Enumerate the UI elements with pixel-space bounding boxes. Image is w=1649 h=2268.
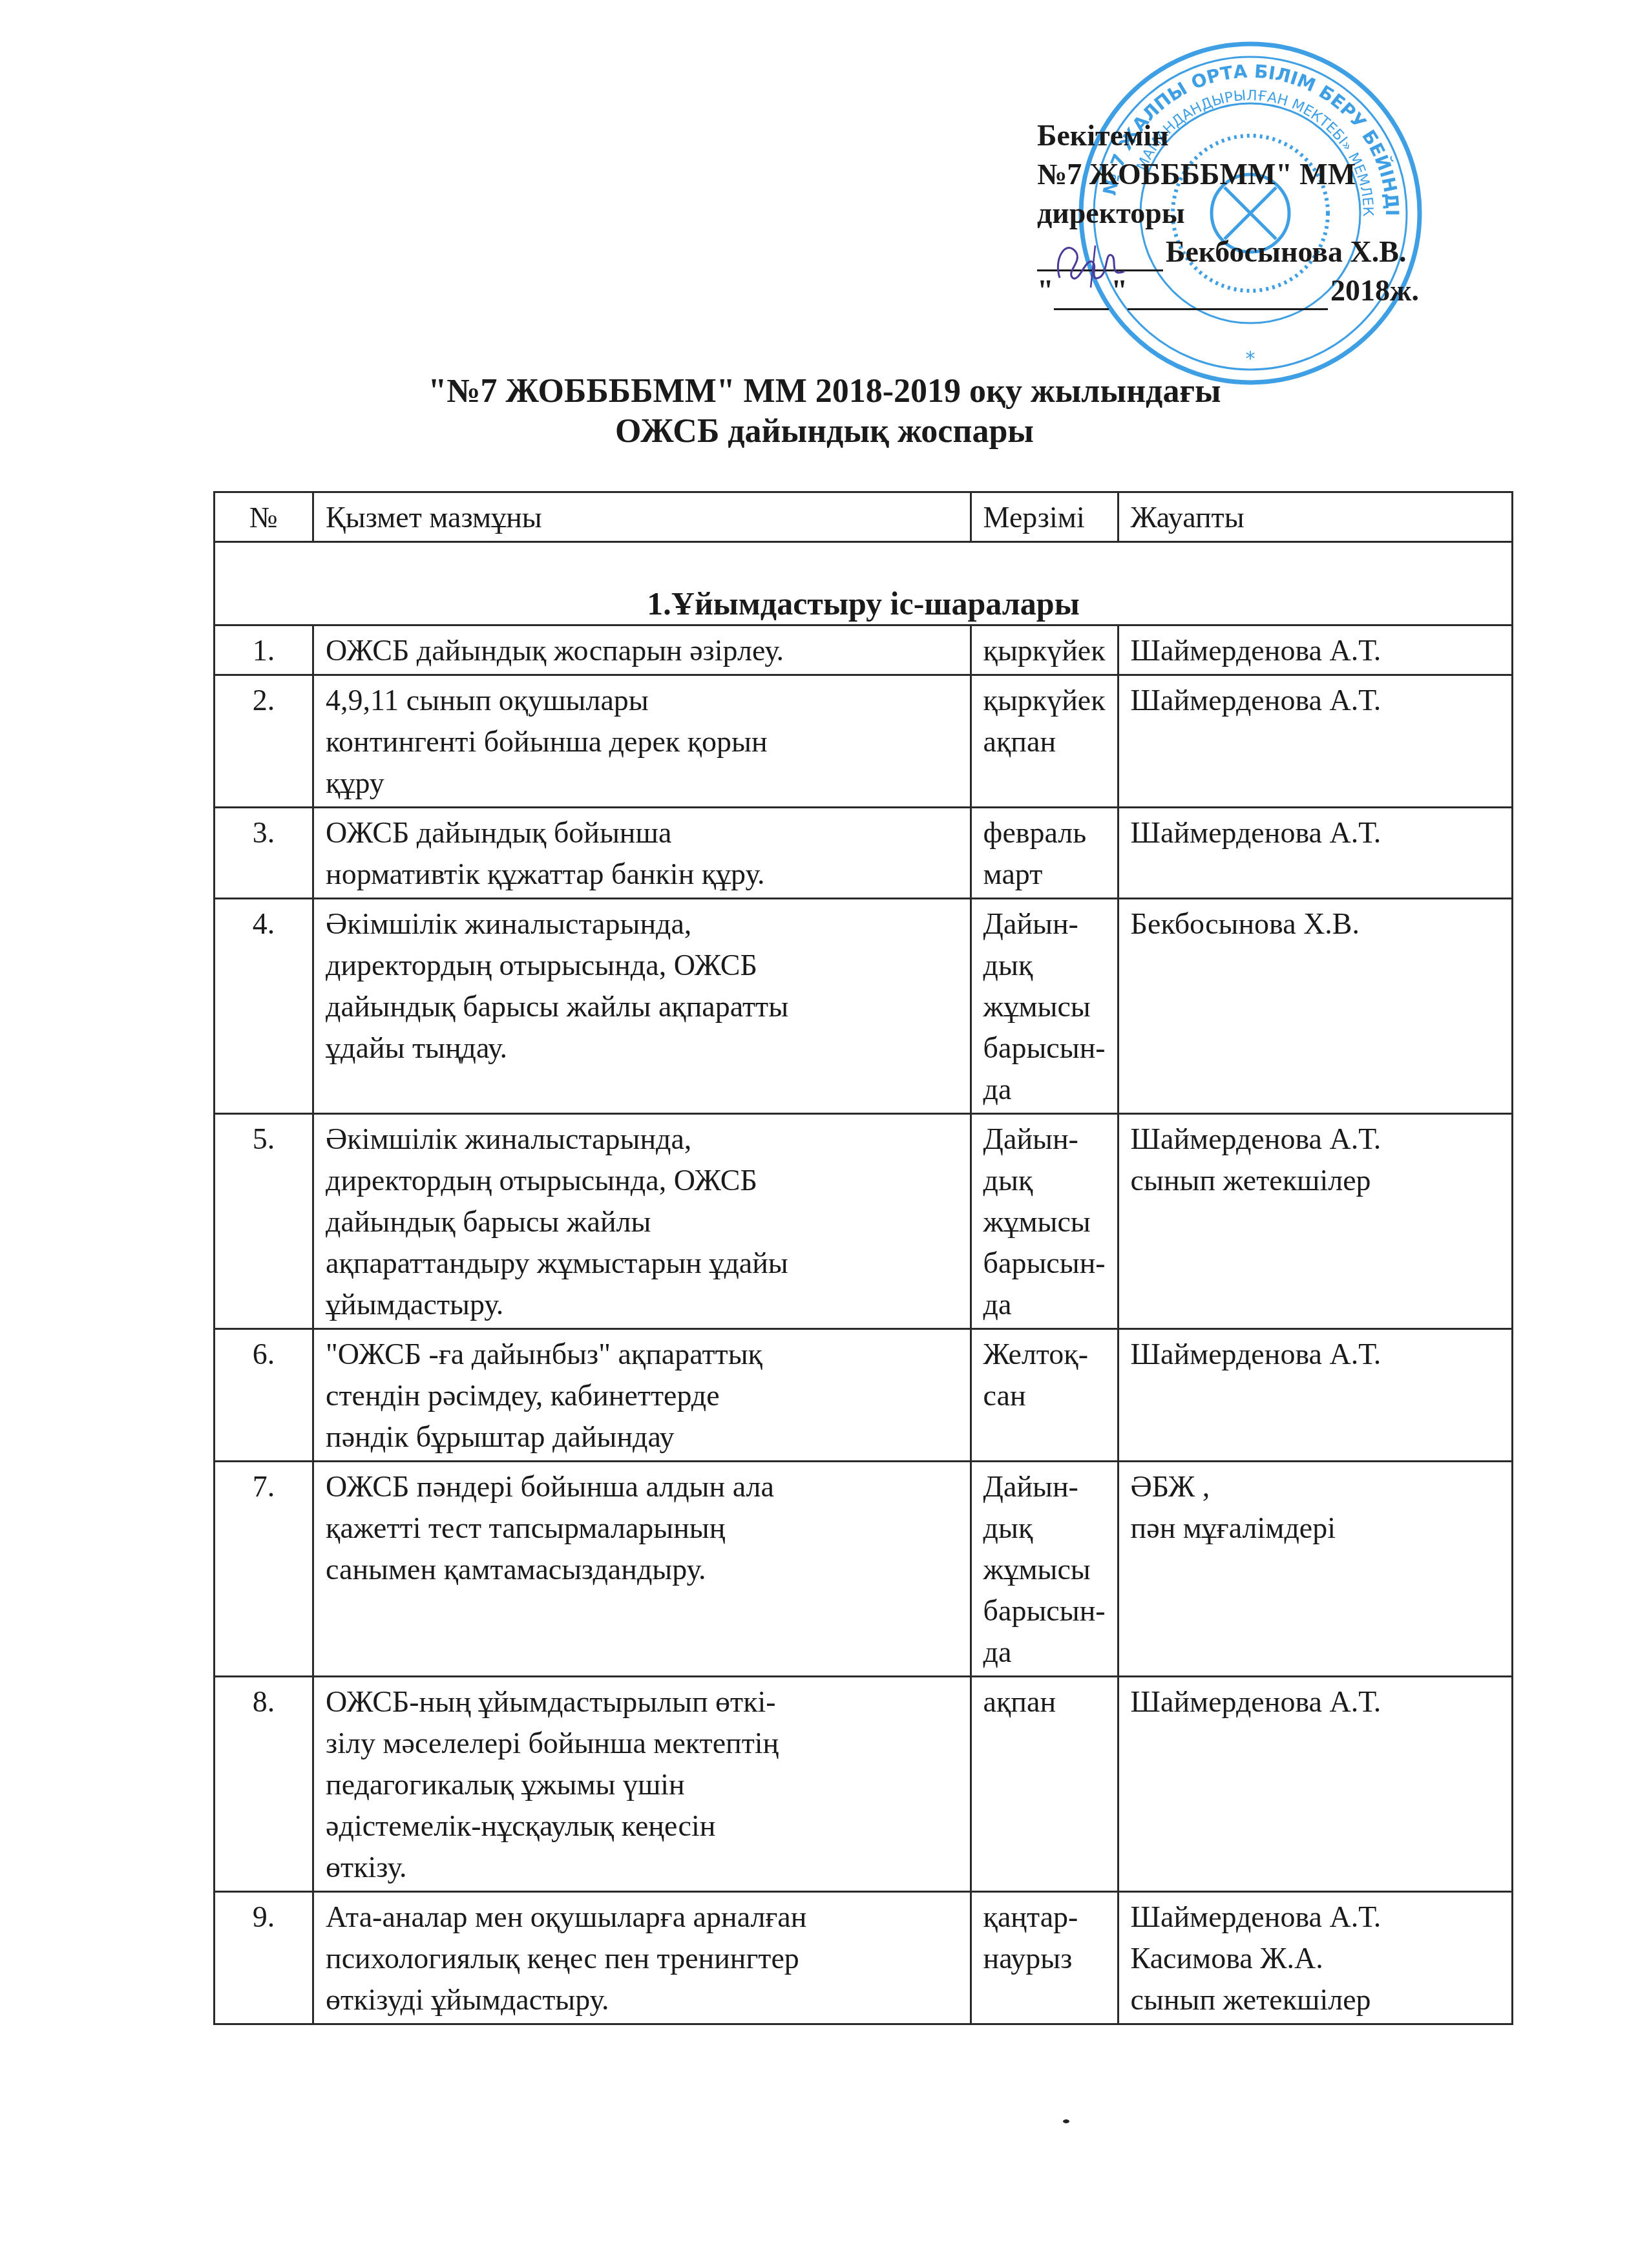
- row-term: ақпан: [971, 1677, 1118, 1892]
- document-title: "№7 ЖОББББММ" ММ 2018-2019 оқу жылындағы…: [0, 372, 1649, 452]
- row-term: Желтоқ-сан: [971, 1329, 1118, 1462]
- title-line-2: ОЖСБ дайындық жоспары: [0, 412, 1649, 452]
- table-row: 6."ОЖСБ -ға дайынбыз" ақпараттықстендін …: [215, 1329, 1513, 1462]
- table-row: 8.ОЖСБ-ның ұйымдастырылып өткі-зілу мәсе…: [215, 1677, 1513, 1892]
- row-number: 6.: [215, 1329, 313, 1462]
- month-blank: [1128, 278, 1328, 310]
- header-content: Қызмет мазмұны: [313, 492, 971, 542]
- row-number: 2.: [215, 675, 313, 808]
- row-term: Дайын-дықжұмысыбарысын-да: [971, 1462, 1118, 1677]
- row-content: ОЖСБ пәндері бойынша алдын алақажетті те…: [313, 1462, 971, 1677]
- row-term: қыркүйекақпан: [971, 675, 1118, 808]
- table-row: 7.ОЖСБ пәндері бойынша алдын алақажетті …: [215, 1462, 1513, 1677]
- row-number: 9.: [215, 1892, 313, 2024]
- row-content: Әкімшілік жиналыстарында,директордың оты…: [313, 1114, 971, 1329]
- row-number: 1.: [215, 625, 313, 675]
- approval-line: директоры: [1037, 194, 1419, 233]
- row-number: 4.: [215, 899, 313, 1114]
- row-number: 8.: [215, 1677, 313, 1892]
- row-term: февральмарт: [971, 808, 1118, 899]
- row-term: Дайын-дықжұмысыбарысын-да: [971, 899, 1118, 1114]
- row-number: 5.: [215, 1114, 313, 1329]
- section-row: 1.Ұйымдастыру іс-шаралары: [215, 542, 1513, 625]
- row-term: қыркүйек: [971, 625, 1118, 675]
- row-responsible: Шаймерденова А.Т.: [1118, 1329, 1512, 1462]
- row-content: ОЖСБ дайындық бойыншанормативтік құжатта…: [313, 808, 971, 899]
- header-responsible: Жауапты: [1118, 492, 1512, 542]
- table-row: 3.ОЖСБ дайындық бойыншанормативтік құжат…: [215, 808, 1513, 899]
- header-term: Мерзімі: [971, 492, 1118, 542]
- row-responsible: Шаймерденова А.Т.: [1118, 675, 1512, 808]
- section-title: 1.Ұйымдастыру іс-шаралары: [215, 542, 1513, 625]
- date-year: 2018ж.: [1330, 271, 1419, 310]
- director-name: Бекбосынова Х.В.: [1166, 233, 1407, 271]
- header-no: №: [215, 492, 313, 542]
- row-responsible: Шаймерденова А.Т.: [1118, 625, 1512, 675]
- signature-icon: [1047, 233, 1137, 291]
- row-responsible: Шаймерденова А.Т.: [1118, 1677, 1512, 1892]
- table-row: 9.Ата-аналар мен оқушыларға арналғанпсих…: [215, 1892, 1513, 2024]
- row-content: Ата-аналар мен оқушыларға арналғанпсихол…: [313, 1892, 971, 2024]
- table-row: 2.4,9,11 сынып оқушыларыконтингенті бойы…: [215, 675, 1513, 808]
- svg-text:*: *: [1246, 348, 1255, 370]
- plan-table: № Қызмет мазмұны Мерзімі Жауапты 1.Ұйымд…: [213, 491, 1513, 2025]
- row-number: 7.: [215, 1462, 313, 1677]
- approval-line: №7 ЖОББББММ" ММ: [1037, 155, 1419, 194]
- row-content: Әкімшілік жиналыстарында,директордың оты…: [313, 899, 971, 1114]
- table-row: 5.Әкімшілік жиналыстарында,директордың о…: [215, 1114, 1513, 1329]
- table-row: 4.Әкімшілік жиналыстарында,директордың о…: [215, 899, 1513, 1114]
- scan-mark: [1063, 2119, 1069, 2123]
- title-line-1: "№7 ЖОББББММ" ММ 2018-2019 оқу жылындағы: [0, 372, 1649, 412]
- row-responsible: Шаймерденова А.Т.сынып жетекшілер: [1118, 1114, 1512, 1329]
- row-responsible: ӘБЖ ,пән мұғалімдері: [1118, 1462, 1512, 1677]
- row-responsible: Шаймерденова А.Т.: [1118, 808, 1512, 899]
- row-responsible: Бекбосынова Х.В.: [1118, 899, 1512, 1114]
- row-term: Дайын-дықжұмысыбарысын-да: [971, 1114, 1118, 1329]
- row-responsible: Шаймерденова А.Т.Касимова Ж.А.сынып жете…: [1118, 1892, 1512, 2024]
- row-term: қаңтар-наурыз: [971, 1892, 1118, 2024]
- row-content: ОЖСБ-ның ұйымдастырылып өткі-зілу мәселе…: [313, 1677, 971, 1892]
- row-content: ОЖСБ дайындық жоспарын әзірлеу.: [313, 625, 971, 675]
- table-row: 1.ОЖСБ дайындық жоспарын әзірлеу.қыркүйе…: [215, 625, 1513, 675]
- table-header-row: № Қызмет мазмұны Мерзімі Жауапты: [215, 492, 1513, 542]
- row-content: "ОЖСБ -ға дайынбыз" ақпараттықстендін рә…: [313, 1329, 971, 1462]
- approval-line: Бекітемін: [1037, 116, 1419, 155]
- row-number: 3.: [215, 808, 313, 899]
- row-content: 4,9,11 сынып оқушыларыконтингенті бойынш…: [313, 675, 971, 808]
